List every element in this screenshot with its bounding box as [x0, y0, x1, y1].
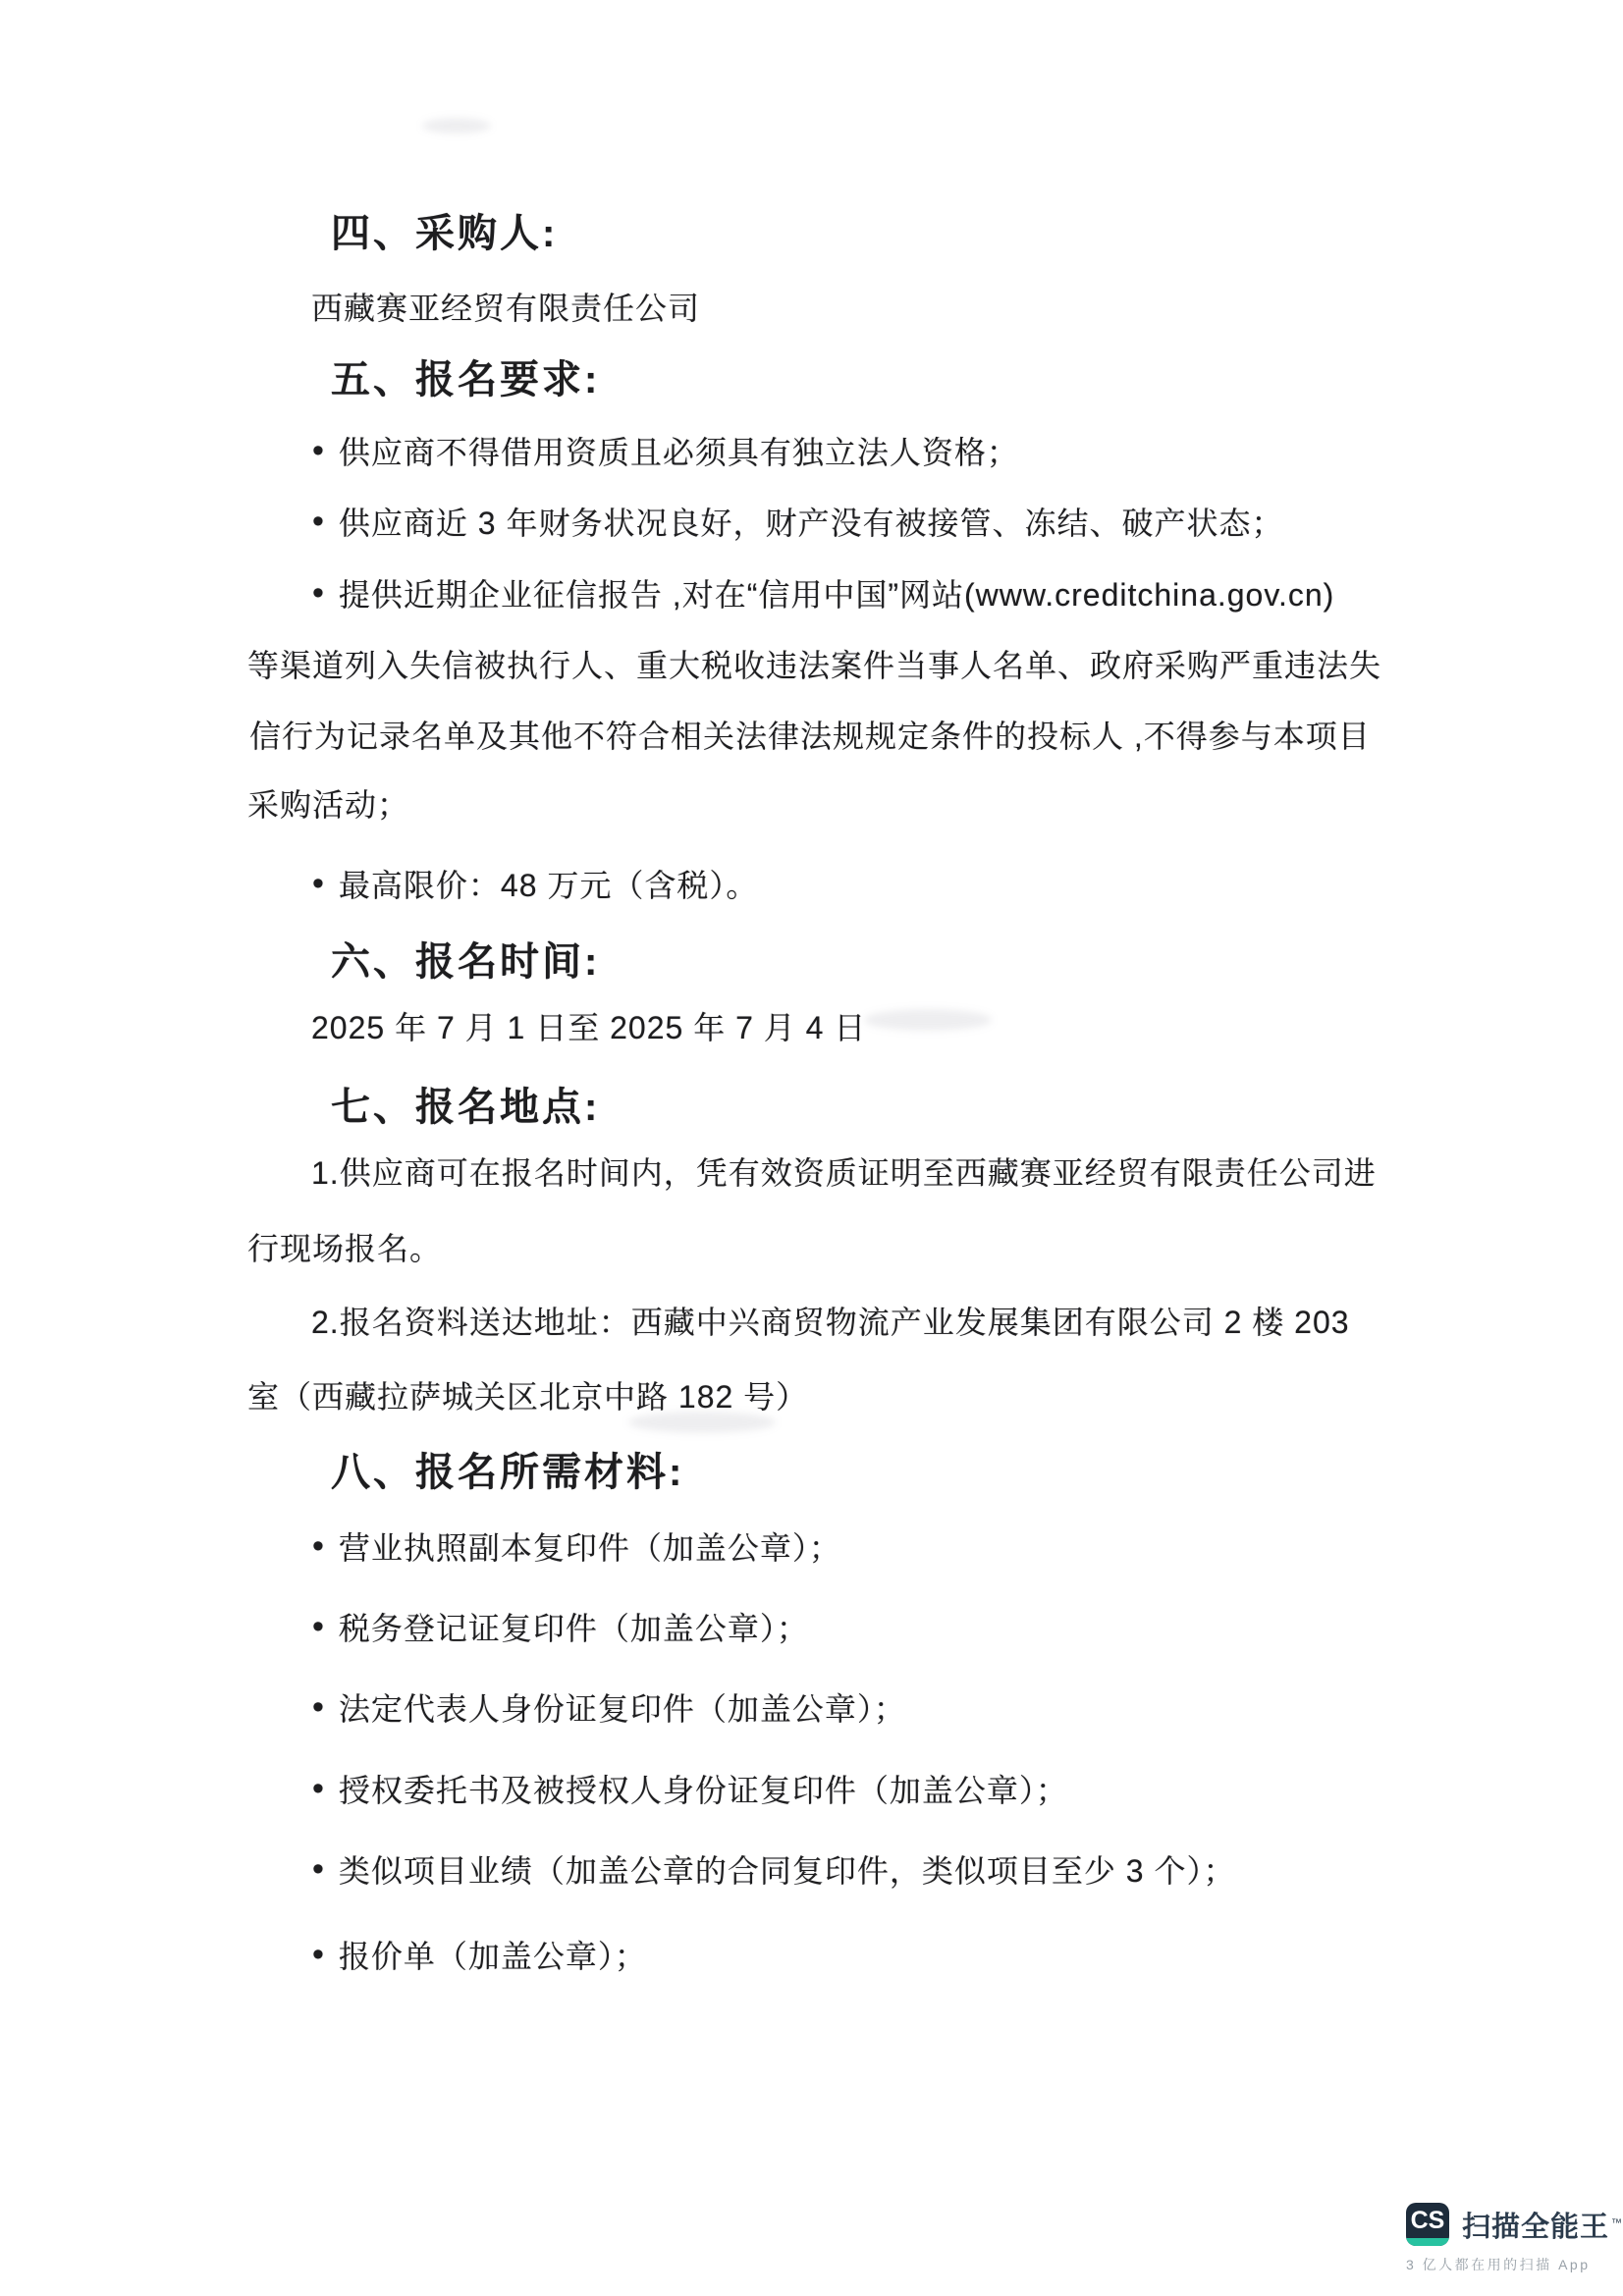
- material-item: • 税务登记证复印件（加盖公章）；: [312, 1604, 809, 1649]
- camscanner-tagline: 3 亿人都在用的扫描 App: [1406, 2255, 1622, 2274]
- camscanner-app-name: 扫描全能王: [1462, 2212, 1609, 2243]
- requirement-text: 供应商近 3 年财务状况良好，财产没有被接管、冻结、破产状态；: [339, 499, 1284, 544]
- requirement-text: 供应商不得借用资质且必须具有独立法人资格；: [339, 428, 1019, 473]
- location-line: 2.报名资料送达地址：西藏中兴商贸物流产业发展集团有限公司 2 楼 203: [311, 1298, 1350, 1343]
- registration-time: 2025 年 7 月 1 日至 2025 年 7 月 4 日: [311, 1003, 866, 1048]
- camscanner-title-row: 扫描全能王™: [1462, 2205, 1622, 2245]
- scan-artifact: [422, 118, 491, 133]
- requirement-continuation-line: 采购活动；: [247, 780, 409, 826]
- bullet-dot: •: [312, 505, 325, 538]
- purchaser-name: 西藏赛亚经贸有限责任公司: [311, 284, 700, 329]
- material-text: 营业执照副本复印件（加盖公章）；: [339, 1523, 841, 1569]
- location-line: 1.供应商可在报名时间内，凭有效资质证明至西藏赛亚经贸有限责任公司进: [311, 1148, 1377, 1194]
- bullet-dot: •: [312, 1690, 325, 1724]
- location-line: 室（西藏拉萨城关区北京中路 182 号）: [247, 1372, 808, 1417]
- bullet-dot: •: [312, 576, 325, 610]
- material-text: 授权委托书及被授权人身份证复印件（加盖公章）；: [339, 1766, 1068, 1811]
- heading-required-materials: 八、报名所需材料:: [331, 1441, 684, 1497]
- material-text: 法定代表人身份证复印件（加盖公章）；: [339, 1684, 906, 1730]
- material-item: • 报价单（加盖公章）；: [312, 1932, 647, 1977]
- bullet-dot: •: [312, 434, 325, 467]
- scan-artifact: [864, 1009, 992, 1031]
- requirement-item: • 最高限价：48 万元（含税）。: [312, 861, 758, 906]
- material-item: • 类似项目业绩（加盖公章的合同复印件，类似项目至少 3 个）；: [312, 1846, 1236, 1892]
- requirement-item: • 供应商近 3 年财务状况良好，财产没有被接管、冻结、破产状态；: [312, 499, 1284, 544]
- material-item: • 授权委托书及被授权人身份证复印件（加盖公章）；: [312, 1766, 1068, 1811]
- heading-registration-location: 七、报名地点:: [331, 1076, 600, 1132]
- requirement-text: 最高限价：48 万元（含税）。: [339, 861, 759, 906]
- material-item: • 营业执照副本复印件（加盖公章）；: [312, 1523, 841, 1569]
- heading-registration-requirements: 五、报名要求:: [331, 348, 600, 404]
- requirement-continuation-line: 等渠道列入失信被执行人、重大税收违法案件当事人名单、政府采购严重违法失: [247, 641, 1381, 686]
- bullet-dot: •: [312, 1529, 325, 1563]
- requirement-item: • 供应商不得借用资质且必须具有独立法人资格；: [312, 428, 1019, 473]
- scanned-document-page: 四、采购人: 西藏赛亚经贸有限责任公司 五、报名要求: • 供应商不得借用资质且…: [0, 0, 1623, 2296]
- bullet-dot: •: [312, 1772, 325, 1805]
- requirement-continuation-line: 信行为记录名单及其他不符合相关法律法规规定条件的投标人 ,不得参与本项目: [249, 712, 1371, 757]
- material-item: • 法定代表人身份证复印件（加盖公章）；: [312, 1684, 906, 1730]
- bullet-dot: •: [312, 1610, 325, 1643]
- requirement-item: • 提供近期企业征信报告 ,对在“信用中国”网站(www.creditchina…: [312, 570, 1334, 615]
- camscanner-logo-accent-strip: [1406, 2238, 1449, 2246]
- heading-registration-time: 六、报名时间:: [331, 931, 600, 987]
- requirement-text: 提供近期企业征信报告 ,对在“信用中国”网站(www.creditchina.g…: [339, 570, 1334, 615]
- camscanner-cs-monogram: CS: [1411, 2207, 1445, 2235]
- material-text: 报价单（加盖公章）；: [339, 1932, 647, 1977]
- camscanner-logo-icon: CS: [1406, 2203, 1449, 2246]
- location-line: 行现场报名。: [247, 1224, 442, 1269]
- trademark-symbol: ™: [1611, 2217, 1622, 2229]
- camscanner-watermark: CS 扫描全能王™ 3 亿人都在用的扫描 App: [1406, 2203, 1622, 2274]
- material-text: 税务登记证复印件（加盖公章）；: [339, 1604, 809, 1649]
- bullet-dot: •: [312, 1938, 325, 1971]
- bullet-dot: •: [312, 1852, 325, 1886]
- bullet-dot: •: [312, 867, 325, 900]
- material-text: 类似项目业绩（加盖公章的合同复印件，类似项目至少 3 个）；: [339, 1846, 1236, 1892]
- heading-purchaser: 四、采购人:: [331, 202, 558, 258]
